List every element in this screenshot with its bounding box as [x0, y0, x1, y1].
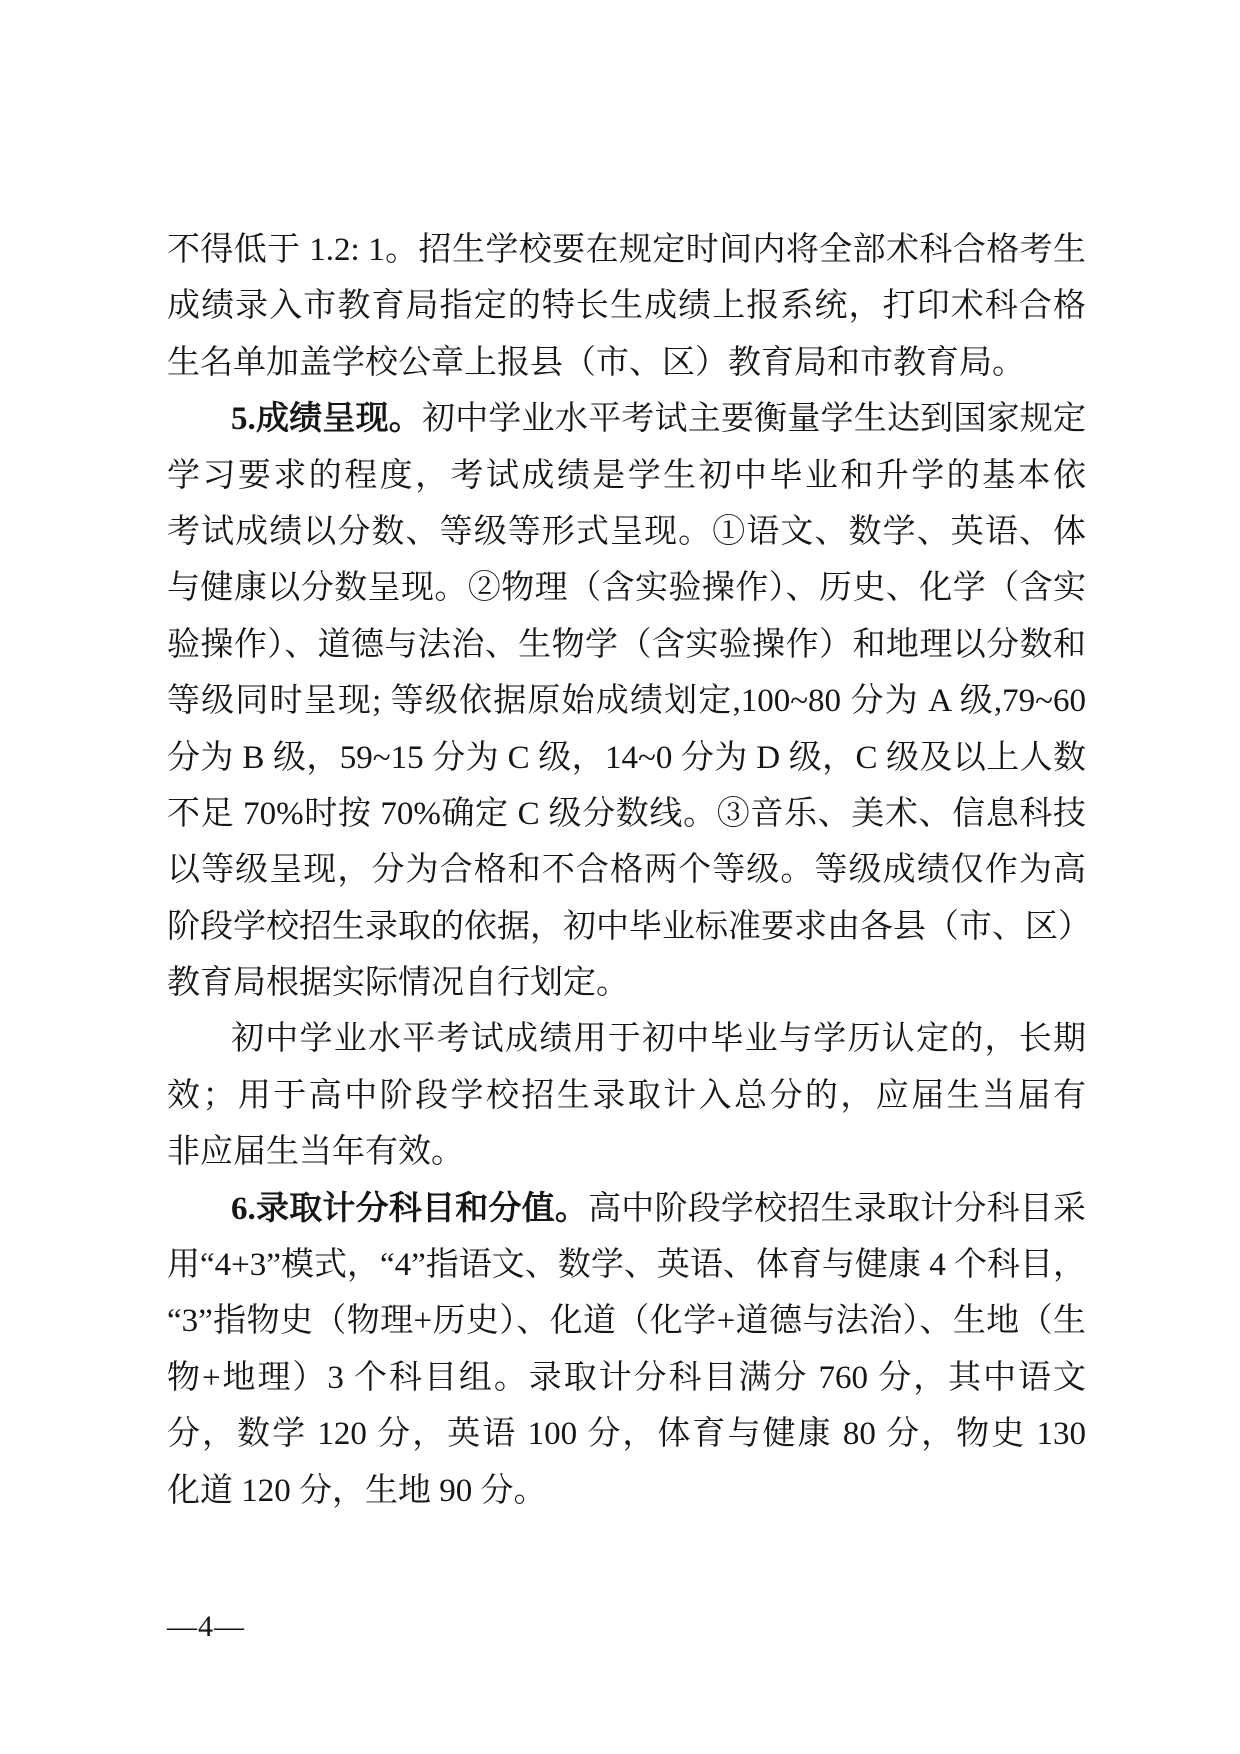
paragraph-lead-rest: 高中阶段学校招生录取计分科目采	[588, 1191, 1086, 1227]
text-line: 化道 120 分，生地 90 分。	[167, 1463, 1086, 1519]
text-line: 不得低于 1.2: 1。招生学校要在规定时间内将全部术科合格考生	[167, 222, 1086, 278]
text-line: 效；用于高中阶段学校招生录取计入总分的，应届生当届有效，	[167, 1068, 1086, 1124]
text-line: 不足 70%时按 70%确定 C 级分数线。③音乐、美术、信息科技	[167, 786, 1086, 842]
page-number: —4—	[167, 1607, 245, 1647]
text-line: 5.成绩呈现。初中学业水平考试主要衡量学生达到国家规定	[167, 391, 1086, 447]
text-line: 分为 B 级，59~15 分为 C 级，14~0 分为 D 级，C 级及以上人数	[167, 730, 1086, 786]
text-line: 分，数学 120 分，英语 100 分，体育与健康 80 分，物史 130 分，	[167, 1406, 1086, 1462]
text-line: 物+地理）3 个科目组。录取计分科目满分 760 分，其中语文 120	[167, 1350, 1086, 1406]
paragraph-4-scoring-subjects: 6.录取计分科目和分值。高中阶段学校招生录取计分科目采 用“4+3”模式，“4”…	[167, 1181, 1086, 1519]
text-line: 考试成绩以分数、等级等形式呈现。①语文、数学、英语、体育	[167, 504, 1086, 560]
paragraph-1: 不得低于 1.2: 1。招生学校要在规定时间内将全部术科合格考生 成绩录入市教育…	[167, 222, 1086, 391]
paragraph-lead-rest: 初中学业水平考试主要衡量学生达到国家规定	[422, 401, 1086, 437]
text-line: 以等级呈现，分为合格和不合格两个等级。等级成绩仅作为高中	[167, 842, 1086, 898]
text-line: 成绩录入市教育局指定的特长生成绩上报系统，打印术科合格考	[167, 278, 1086, 334]
paragraph-lead-bold: 6.录取计分科目和分值。	[231, 1191, 588, 1227]
text-line: 初中学业水平考试成绩用于初中毕业与学历认定的，长期有	[167, 1011, 1086, 1067]
text-line: 学习要求的程度，考试成绩是学生初中毕业和升学的基本依据。	[167, 448, 1086, 504]
text-line: “3”指物史（物理+历史）、化道（化学+道德与法治）、生地（生	[167, 1293, 1086, 1349]
text-line: 用“4+3”模式，“4”指语文、数学、英语、体育与健康 4 个科目，	[167, 1237, 1086, 1293]
paragraph-2-score-presentation: 5.成绩呈现。初中学业水平考试主要衡量学生达到国家规定 学习要求的程度，考试成绩…	[167, 391, 1086, 1011]
text-line: 等级同时呈现; 等级依据原始成绩划定,100~80 分为 A 级,79~60	[167, 673, 1086, 729]
text-line: 生名单加盖学校公章上报县（市、区）教育局和市教育局。	[167, 335, 1086, 391]
text-line: 6.录取计分科目和分值。高中阶段学校招生录取计分科目采	[167, 1181, 1086, 1237]
paragraph-3-validity: 初中学业水平考试成绩用于初中毕业与学历认定的，长期有 效；用于高中阶段学校招生录…	[167, 1011, 1086, 1180]
document-page: 不得低于 1.2: 1。招生学校要在规定时间内将全部术科合格考生 成绩录入市教育…	[0, 0, 1240, 1754]
text-line: 验操作）、道德与法治、生物学（含实验操作）和地理以分数和	[167, 617, 1086, 673]
body-text: 不得低于 1.2: 1。招生学校要在规定时间内将全部术科合格考生 成绩录入市教育…	[167, 222, 1086, 1519]
paragraph-lead-bold: 5.成绩呈现。	[231, 401, 422, 437]
text-line: 阶段学校招生录取的依据，初中毕业标准要求由各县（市、区）	[167, 899, 1086, 955]
text-line: 与健康以分数呈现。②物理（含实验操作）、历史、化学（含实	[167, 560, 1086, 616]
text-line: 非应届生当年有效。	[167, 1124, 1086, 1180]
text-line: 教育局根据实际情况自行划定。	[167, 955, 1086, 1011]
